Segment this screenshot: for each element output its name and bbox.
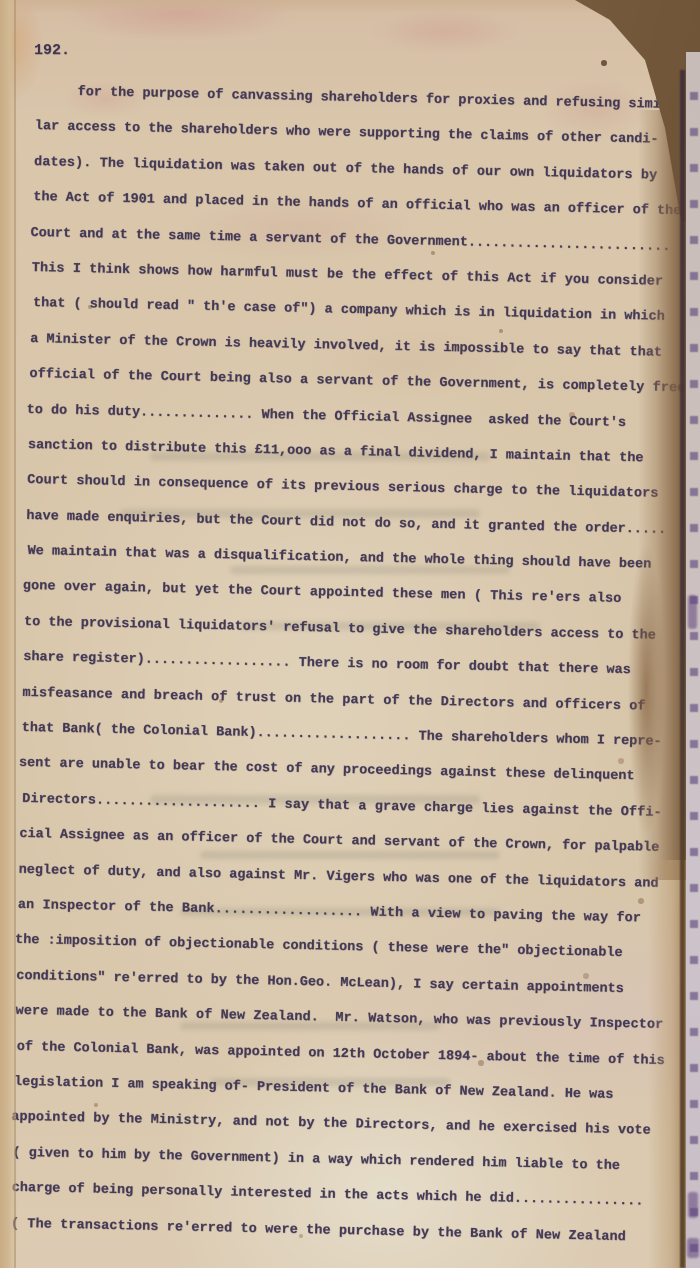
edge-ink-smudge (687, 1238, 699, 1258)
text-block: for the purpose of canvassing shareholde… (11, 74, 700, 1257)
edge-ink-smudge (688, 595, 697, 629)
page-number: 192. (34, 42, 70, 59)
paper-stain (370, 8, 520, 54)
document-page: 192. for the purpose of canvassing share… (0, 0, 700, 1268)
page-edge-left-line (14, 0, 16, 1268)
page-edge-top (0, 0, 700, 14)
edge-ink-smudge (688, 1192, 698, 1218)
spine-shadow-line (680, 70, 685, 1268)
adjacent-page-text-marks (690, 70, 698, 1264)
